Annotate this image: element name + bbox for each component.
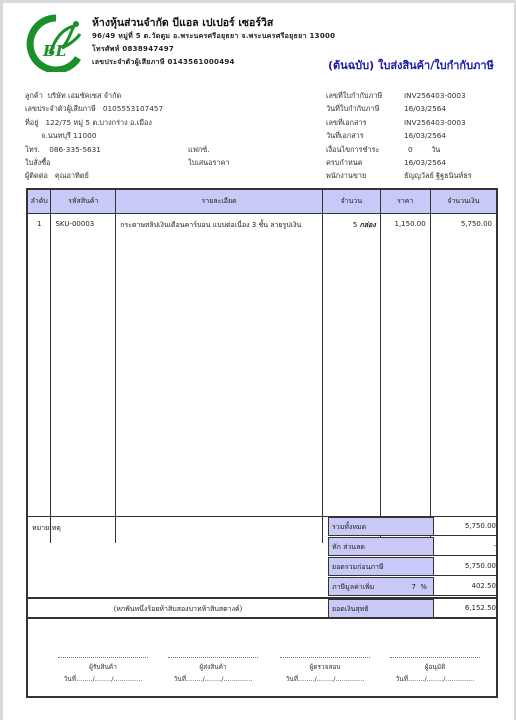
summary-row-net: ยอดเงินสุทธิ 6,152.50 [328,597,498,619]
customer-info: ลูกค้า บริษัท เอมซัคเซส จำกัด เลขประจำตั… [25,89,163,183]
customer-tax-label: เลขประจำตัวผู้เสียภาษี [25,104,96,113]
net-label: ยอดเงินสุทธิ [328,599,434,618]
table-row: 1 SKU-00003 กระดาษสลิปเงินเดือนคาร์บอน แ… [27,214,497,544]
pretax-label: ยอดรวมก่อนภาษี [328,557,434,576]
customer-name: บริษัท เอมซัคเซส จำกัด [48,91,122,100]
col-header-amount: จำนวนเงิน [430,189,497,214]
vat-label-cell: ภาษีมูลค่าเพิ่ม7 % [328,577,434,596]
company-name: ห้างหุ้นส่วนจำกัด บีแอล เปเปอร์ เซอร์วิส [92,16,335,30]
invoice-date-label: วันที่ใบกำกับภาษี [326,102,404,115]
discount-value: - [434,537,498,556]
col-header-price: ราคา [380,189,430,214]
doc-date: 16/03/2564 [404,129,446,142]
company-phone: โทรศัพท์ 0838947497 [92,43,335,56]
po-label: ใบสั่งซื้อ [25,158,51,167]
summary-row-pretax: ยอดรวมก่อนภาษี 5,750.00 [328,557,498,577]
vat-label: ภาษีมูลค่าเพิ่ม [332,583,374,591]
signature-inspector: ผู้ตรวจสอบ วันที่......../......../.....… [280,657,370,685]
document-title: (ต้นฉบับ) ใบส่งสินค้า/ใบกำกับภาษี [328,56,494,74]
qty-value: 5 [353,221,357,229]
doc-no: INV256403-0003 [404,116,466,129]
salesperson: ธัญญวัลย์ ฐิฐธนินท์ธร [404,169,472,182]
due-date: 16/03/2564 [404,156,446,169]
summary-row-total: รวมทั้งหมด 5,750.00 [328,517,498,537]
page-border-left [0,0,3,720]
contact-name: คุณอาทิตย์ [55,171,89,180]
remark-label: หมายเหตุ [32,523,61,534]
doc-no-label: เลขที่เอกสาร [326,116,404,129]
due-date-label: ครบกำหนด [326,156,404,169]
summary-section: หมายเหตุ รวมทั้งหมด 5,750.00 หัก ส่วนลด … [26,516,498,619]
company-header: ห้างหุ้นส่วนจำกัด บีแอล เปเปอร์ เซอร์วิส… [92,16,335,69]
signature-role: ผู้ส่งสินค้า [168,662,258,673]
signature-date: วันที่......../......../.............. [390,673,480,685]
phone-label: โทร. [25,145,40,154]
col-header-sku: รหัสสินค้า [51,189,116,214]
company-logo-icon: BL [26,14,86,72]
doc-date-label: วันที่เอกสาร [326,129,404,142]
vat-value: 402.50 [434,577,498,596]
page-border-top [0,0,516,3]
cell-amount: 5,750.00 [430,214,497,544]
signature-date: วันที่......../......../.............. [58,673,148,685]
contact-label: ผู้ติดต่อ [25,171,48,180]
company-address: 96/49 หมู่ที่ 5 ต.วัดตูม อ.พระนครศรีอยุธ… [92,30,335,43]
customer-tax-id: 0105553107457 [103,104,163,113]
net-value: 6,152.50 [434,599,498,618]
col-header-no: ลำดับ [27,189,51,214]
col-header-desc: รายละเอียด [116,189,323,214]
signature-role: ผู้รับสินค้า [58,662,148,673]
discount-label: หัก ส่วนลด [328,537,434,556]
fax-label: แฟกซ์. [188,145,210,154]
signature-receiver: ผู้รับสินค้า วันที่......../......../...… [58,657,148,685]
signature-approver: ผู้อนุมัติ วันที่......../......../.....… [390,657,480,685]
pretax-value: 5,750.00 [434,557,498,576]
cell-no: 1 [27,214,51,544]
signature-date: วันที่......../......../.............. [280,673,370,685]
signature-role: ผู้อนุมัติ [390,662,480,673]
address-line1: 122/75 หมู่ 5 ต.บางกร่าง อ.เมือง [45,118,152,127]
cell-sku: SKU-00003 [51,214,116,544]
signature-section: ผู้รับสินค้า วันที่......../......../...… [26,618,498,698]
summary-row-discount: หัก ส่วนลด - [328,537,498,557]
total-label: รวมทั้งหมด [328,517,434,536]
quote-label: ใบเสนอราคา [188,158,230,167]
vat-rate: 7 % [411,578,427,597]
invoice-date: 16/03/2564 [404,102,446,115]
summary-row-vat: ภาษีมูลค่าเพิ่ม7 % 402.50 [328,577,498,597]
payment-terms-label: เงื่อนไขการชำระ [326,143,404,156]
fax-quote-info: แฟกซ์. ใบเสนอราคา [188,143,230,170]
signature-date: วันที่......../......../.............. [168,673,258,685]
signature-role: ผู้ตรวจสอบ [280,662,370,673]
qty-unit: กล่อง [360,221,376,229]
address-line2: จ.นนทบุรี 11000 [41,131,96,140]
signature-sender: ผู้ส่งสินค้า วันที่......../......../...… [168,657,258,685]
address-label: ที่อยู่ [25,118,38,127]
document-info: เลขที่ใบกำกับภาษีINV256403-0003 วันที่ใบ… [326,89,472,183]
svg-text:BL: BL [42,42,66,60]
invoice-no: INV256403-0003 [404,89,466,102]
customer-label: ลูกค้า [25,91,43,100]
cell-qty: 5 กล่อง [322,214,380,544]
table-header-row: ลำดับ รหัสสินค้า รายละเอียด จำนวน ราคา จ… [27,189,497,214]
salesperson-label: พนักงานขาย [326,169,404,182]
cell-desc: กระดาษสลิปเงินเดือนคาร์บอน แบบต่อเนื่อง … [116,214,323,544]
total-value: 5,750.00 [434,517,498,536]
col-header-qty: จำนวน [322,189,380,214]
items-table: ลำดับ รหัสสินค้า รายละเอียด จำนวน ราคา จ… [26,188,498,543]
cell-price: 1,150.00 [380,214,430,544]
invoice-no-label: เลขที่ใบกำกับภาษี [326,89,404,102]
amount-in-words: (หกพันหนึ่งร้อยห้าสิบสองบาทห้าสิบสตางค์) [28,597,328,619]
payment-terms: 0 วัน [404,143,440,156]
company-tax-id: เลขประจำตัวผู้เสียภาษี 0143561000494 [92,56,335,69]
customer-phone: 086-335-5631 [49,145,101,154]
